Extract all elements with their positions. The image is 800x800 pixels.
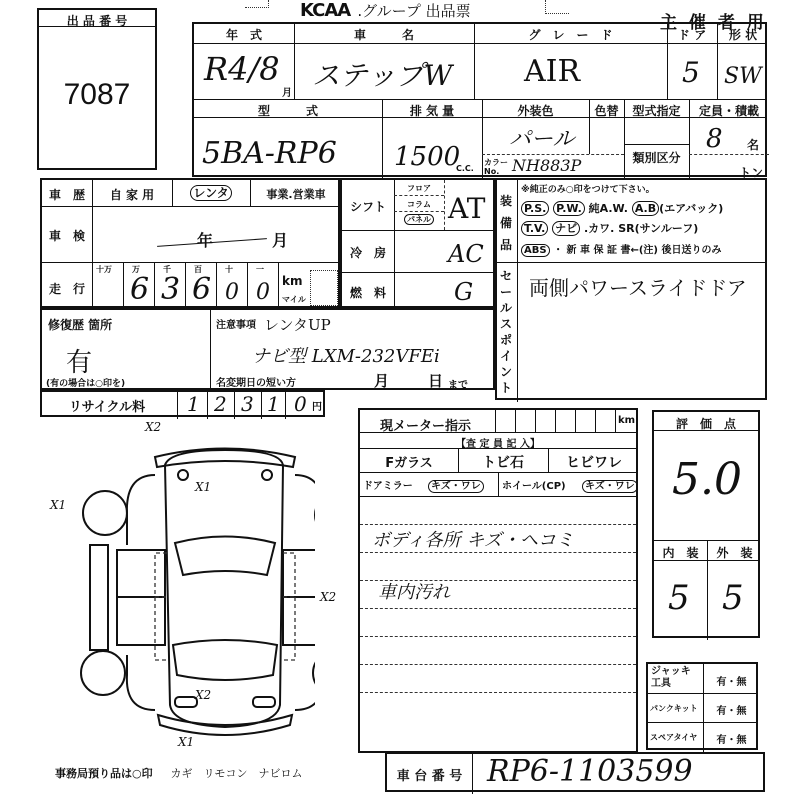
equipment-line-3: ABS ・ 新 車 保 証 書←(注) 後日送りのみ — [521, 241, 721, 256]
equip-abs[interactable]: ABS — [521, 244, 550, 257]
damage-mark-front-left: X2 — [145, 420, 161, 434]
repair-label: 修復歴 箇所 — [48, 316, 112, 333]
mileage-digit: 6 — [192, 272, 211, 307]
remark-line-2: 車内汚れ — [378, 578, 450, 604]
accessory-spare-label: スペアタイヤ — [650, 732, 697, 743]
color-no-value: NH883P — [512, 156, 581, 175]
equipment-table: 装備品 ※純正のみ○印をつけて下さい。 P.S. P.W. 純A.W. A.B(… — [495, 178, 767, 400]
crack-option[interactable]: ヒビワレ — [548, 452, 640, 472]
color-change-label: 色替 — [589, 102, 624, 119]
exterior-score-value: 5 — [722, 578, 744, 618]
equip-sr[interactable]: SR(サンルーフ) — [618, 222, 698, 235]
equip-ps[interactable]: P.S. — [521, 201, 549, 216]
shape-value: SW — [724, 64, 762, 89]
equip-tv[interactable]: T.V. — [521, 221, 548, 236]
inspection-year-unit: 年 — [197, 228, 213, 251]
ac-label: 冷 房 — [342, 244, 394, 261]
equipment-line-1: P.S. P.W. 純A.W. A.B(エアバック) — [521, 200, 723, 216]
header-dotted-box-left — [245, 0, 269, 8]
door-mirror-options[interactable]: キズ・ワレ — [428, 477, 484, 492]
mileage-digit: 0 — [225, 280, 239, 305]
sales-point-label: セールスポイント — [500, 268, 514, 396]
deadline-label: 名変期日の短い方 — [216, 374, 296, 389]
drivetrain-table: シフト フロア コラム パネル AT 冷 房 AC 燃 料 G — [340, 178, 495, 308]
equip-ab[interactable]: A.B — [632, 201, 659, 216]
equip-leather[interactable]: .カワ. — [584, 222, 614, 235]
damage-mark-rear-bumper: X1 — [178, 735, 194, 749]
interior-label: 内 装 — [654, 544, 707, 561]
equipment-note: ※純正のみ○印をつけて下さい。 — [521, 182, 655, 195]
mileage-label: 走 行 — [42, 280, 92, 297]
office-items-label: 事務局預り品は○印 — [55, 767, 153, 780]
damage-mark-left-side: X1 — [50, 498, 66, 512]
displacement-value: 1500 — [394, 142, 460, 172]
office-items-list: カギ リモコン ナビロム — [170, 767, 302, 780]
year-month-unit: 月 — [282, 84, 292, 99]
ac-value: AC — [448, 240, 484, 268]
inspector-table: 現メーター指示 km 【査 定 員 記 入】 Fガラス トビ石 ヒビワレ ドアミ… — [358, 408, 638, 753]
vehicle-info-table: 年 式 R4/8 月 車 名 ステップW グ レ ー ド AIR ド ア 5 形… — [192, 22, 767, 177]
displacement-unit: C.C. — [456, 164, 474, 173]
year-label: 年 式 — [194, 26, 294, 43]
deadline-month-unit: 月 — [374, 370, 389, 391]
mileage-digit: 3 — [161, 272, 180, 307]
fuel-value: G — [454, 278, 473, 306]
displacement-label: 排 気 量 — [382, 102, 482, 119]
remark-line-1: ボディ各所 キズ・ヘコミ — [372, 526, 574, 552]
grade-value: AIR — [524, 54, 580, 89]
notes-label: 注意事項 — [216, 316, 256, 331]
shift-value: AT — [448, 192, 485, 225]
shift-option-column[interactable]: コラム — [394, 199, 444, 210]
mile-checkbox[interactable] — [310, 270, 338, 306]
door-mirror-label: ドアミラー — [363, 477, 413, 492]
shift-label: シフト — [342, 198, 394, 215]
color-no-label: カラー No. — [484, 158, 512, 176]
score-table: 評 価 点 5.0 内 装 外 装 5 5 — [652, 410, 760, 638]
chassis-label: 車 台 番 号 — [387, 765, 472, 784]
shift-option-floor[interactable]: フロア — [394, 183, 444, 194]
recycle-unit: 円 — [312, 398, 322, 413]
notes-line-1: レンタUP — [264, 314, 331, 335]
meter-unit: km — [618, 415, 635, 426]
mileage-digit: 0 — [256, 280, 270, 305]
sales-point-value: 両側パワースライドドア — [529, 272, 747, 301]
inspection-label: 車 検 — [42, 227, 92, 244]
chassis-value: RP6-1103599 — [487, 754, 693, 789]
wheel-label: ホイール(CP) — [502, 477, 566, 492]
deadline-until: まで — [448, 376, 468, 391]
fuel-label: 燃 料 — [342, 284, 394, 301]
exterior-color-label: 外装色 — [482, 102, 589, 119]
capacity-label: 定員・積載 — [689, 102, 769, 119]
overall-score-value: 5.0 — [672, 454, 742, 505]
capacity-value: 8 — [706, 124, 723, 154]
inspection-month-unit: 月 — [272, 228, 288, 251]
car-name-label: 車 名 — [294, 26, 474, 43]
history-label: 車 歴 — [42, 186, 92, 203]
damage-mark-right-side: X2 — [320, 590, 336, 604]
brand-logo: KCAA — [300, 0, 350, 21]
lot-number-value: 7087 — [39, 78, 155, 112]
doors-label: ド ア — [667, 26, 717, 43]
recycle-fee-table: リサイクル料 1 2 3 1 0 円 — [40, 390, 325, 417]
history-option-private[interactable]: 自 家 用 — [92, 186, 172, 203]
accessory-jack-value[interactable]: 有・無 — [703, 673, 760, 688]
wheel-options[interactable]: キズ・ワレ — [582, 477, 638, 492]
mileage-unit-km: km — [282, 274, 302, 288]
equip-pw[interactable]: P.W. — [553, 201, 585, 216]
recycle-digit: 0 — [294, 392, 307, 416]
deadline-day-unit: 日 — [428, 370, 443, 391]
equipment-line-2: T.V. ナビ .カワ. SR(サンルーフ) — [521, 220, 698, 236]
repair-value: 有 — [66, 342, 92, 379]
exterior-label: 外 装 — [707, 544, 762, 561]
lot-number-box: 出 品 番 号 7087 — [37, 8, 157, 170]
damage-mark-rear: X2 — [195, 688, 211, 702]
interior-score-value: 5 — [668, 578, 690, 618]
doors-value: 5 — [682, 56, 700, 89]
accessory-puncture-value[interactable]: 有・無 — [703, 702, 760, 717]
model-label: 型 式 — [194, 102, 382, 119]
grade-label: グ レ ー ド — [474, 26, 667, 43]
repair-notes-table: 修復歴 箇所 有 (有の場合は○印を) 注意事項 レンタUP ナビ型 LXM-2… — [40, 308, 495, 390]
equip-navi[interactable]: ナビ — [552, 221, 580, 236]
mileage-digit: 6 — [130, 272, 149, 307]
recycle-digit: 2 — [214, 392, 227, 416]
car-name-value: ステップW — [312, 54, 452, 94]
car-damage-diagram — [55, 435, 315, 755]
recycle-digit: 1 — [187, 392, 200, 416]
header: KCAA .グループ 出品票 — [300, 0, 580, 22]
chassis-number-box: 車 台 番 号 RP6-1103599 — [385, 752, 765, 792]
recycle-label: リサイクル料 — [42, 396, 172, 415]
accessory-jack-label: ジャッキ 工具 — [651, 666, 701, 690]
equipment-label: 装備品 — [500, 190, 514, 256]
header-dotted-box-right — [545, 0, 569, 14]
accessories-table: ジャッキ 工具 有・無 パンクキット 有・無 スペアタイヤ 有・無 — [646, 662, 758, 750]
notes-line-2: ナビ型 LXM-232VFEi — [252, 342, 440, 368]
damage-mark-hood: X1 — [195, 480, 211, 494]
equip-warranty[interactable]: ・ 新 車 保 証 書←(注) 後日送りのみ — [553, 245, 721, 256]
chip-option[interactable]: トビ石 — [458, 452, 548, 472]
equip-aw[interactable]: 純A.W. — [589, 202, 628, 215]
recycle-digit: 3 — [241, 392, 254, 416]
year-value: R4/8 — [204, 50, 280, 88]
office-items: 事務局預り品は○印 カギ リモコン ナビロム — [55, 765, 302, 781]
mileage-unit-mile: マイル — [282, 294, 306, 305]
form-title: .グループ 出品票 — [357, 2, 470, 20]
history-option-commercial[interactable]: 事業.営業車 — [250, 186, 342, 202]
exterior-color-value: パール — [509, 122, 575, 153]
type-designation-label: 型式指定 — [624, 102, 689, 119]
history-option-rental[interactable]: レンタ — [172, 184, 250, 201]
recycle-digit: 1 — [267, 392, 280, 416]
repair-note: (有の場合は○印を) — [46, 376, 125, 389]
accessory-puncture-label: パンクキット — [650, 703, 698, 714]
accessory-spare-value[interactable]: 有・無 — [703, 731, 760, 746]
history-table: 車 歴 自 家 用 レンタ 事業.営業車 車 検 年 月 走 行 十万 万 千 … — [40, 178, 340, 308]
f-glass-label: Fガラス — [360, 452, 458, 471]
category-label: 類別区分 — [624, 149, 689, 166]
capacity-unit: 名 — [747, 136, 759, 153]
model-value: 5BA-RP6 — [202, 136, 337, 171]
shift-option-panel[interactable]: パネル — [394, 214, 444, 225]
shape-label: 形 状 — [717, 26, 769, 43]
